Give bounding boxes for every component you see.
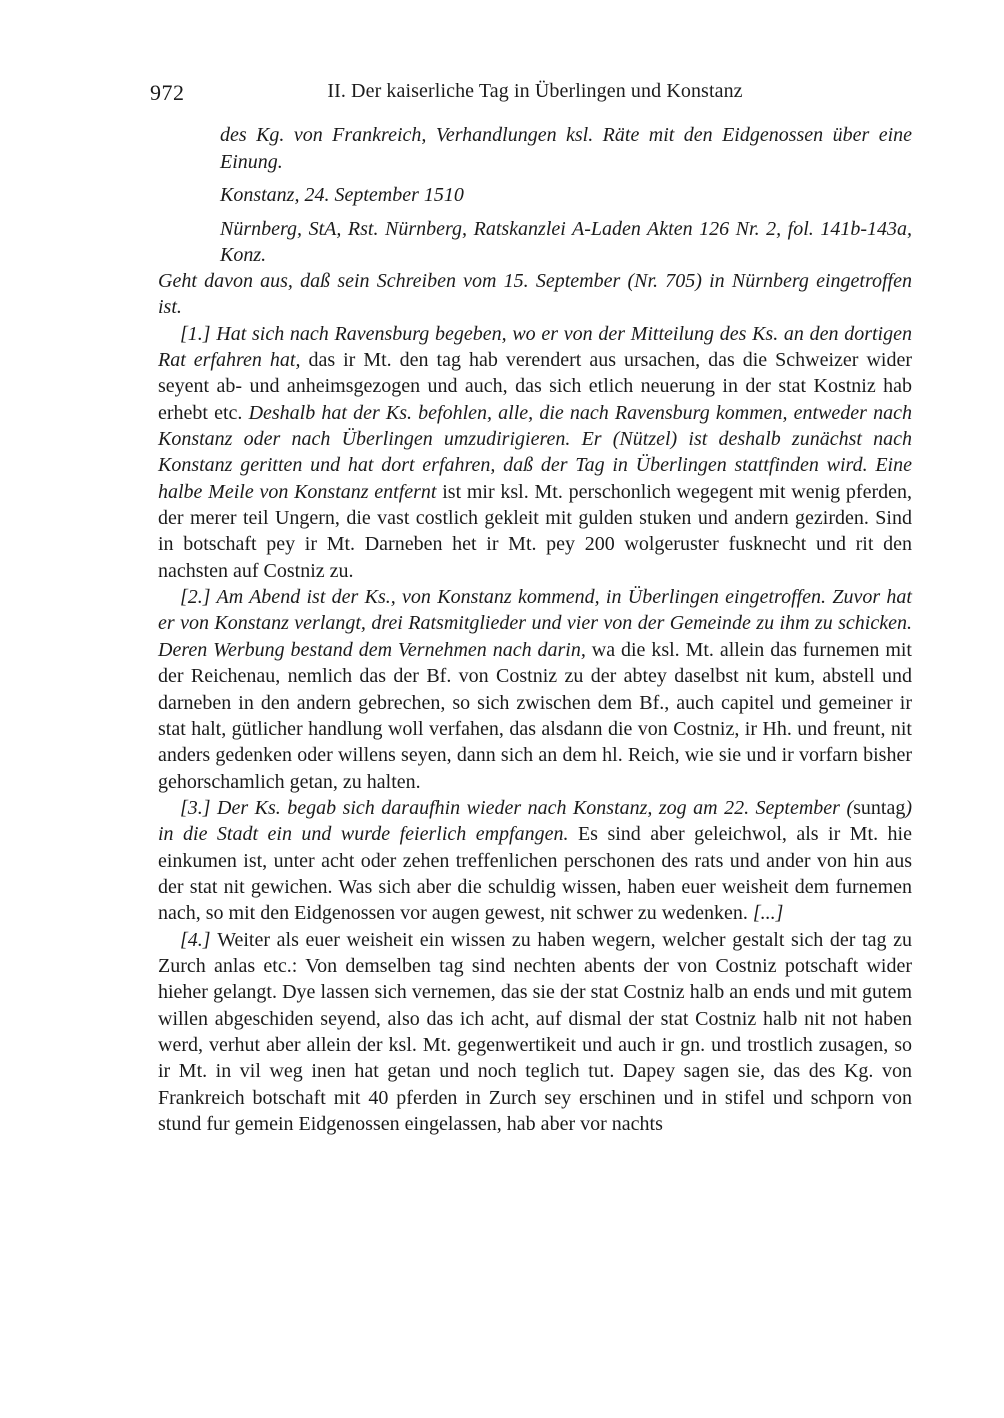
regest-summary: des Kg. von Frankreich, Verhandlungen ks…	[220, 122, 912, 175]
page-header: 972 II. Der kaiserliche Tag in Überlinge…	[158, 80, 912, 108]
text-segment-roman: suntag	[853, 797, 905, 819]
text-segment-roman: wa die ksl. Mt. allein das furnemen mit …	[158, 639, 912, 793]
text-segment-italic: des Kg. von Frankreich, Verhandlungen ks…	[220, 124, 912, 173]
text-segment-roman: Weiter als euer weisheit ein wissen zu h…	[158, 929, 912, 1135]
running-title: II. Der kaiserliche Tag in Überlingen un…	[158, 80, 912, 103]
section-3: [3.] Der Ks. begab sich daraufhin wieder…	[158, 795, 912, 927]
text-segment-italic: Nürnberg, StA, Rst. Nürnberg, Ratskanzle…	[220, 218, 912, 267]
page-number: 972	[150, 80, 185, 106]
place-date-line: Konstanz, 24. September 1510	[220, 182, 912, 209]
book-page: 972 II. Der kaiserliche Tag in Überlinge…	[0, 0, 1004, 1418]
text-segment-italic: Geht davon aus, daß sein Schreiben vom 1…	[158, 270, 912, 318]
text-segment-italic: [4.]	[180, 929, 217, 951]
text-segment-italic: Konstanz, 24. September 1510	[220, 184, 464, 206]
regest-intro: Geht davon aus, daß sein Schreiben vom 1…	[158, 268, 912, 321]
document-head: des Kg. von Frankreich, Verhandlungen ks…	[220, 122, 912, 276]
section-1: [1.] Hat sich nach Ravensburg begeben, w…	[158, 321, 912, 584]
archive-source-line: Nürnberg, StA, Rst. Nürnberg, Ratskanzle…	[220, 216, 912, 269]
section-2: [2.] Am Abend ist der Ks., von Konstanz …	[158, 584, 912, 795]
document-body: Geht davon aus, daß sein Schreiben vom 1…	[158, 268, 912, 1137]
text-segment-italic: [3.] Der Ks. begab sich daraufhin wieder…	[180, 797, 853, 819]
section-4: [4.] Weiter als euer weisheit ein wissen…	[158, 927, 912, 1138]
text-segment-italic: [...]	[753, 902, 784, 924]
